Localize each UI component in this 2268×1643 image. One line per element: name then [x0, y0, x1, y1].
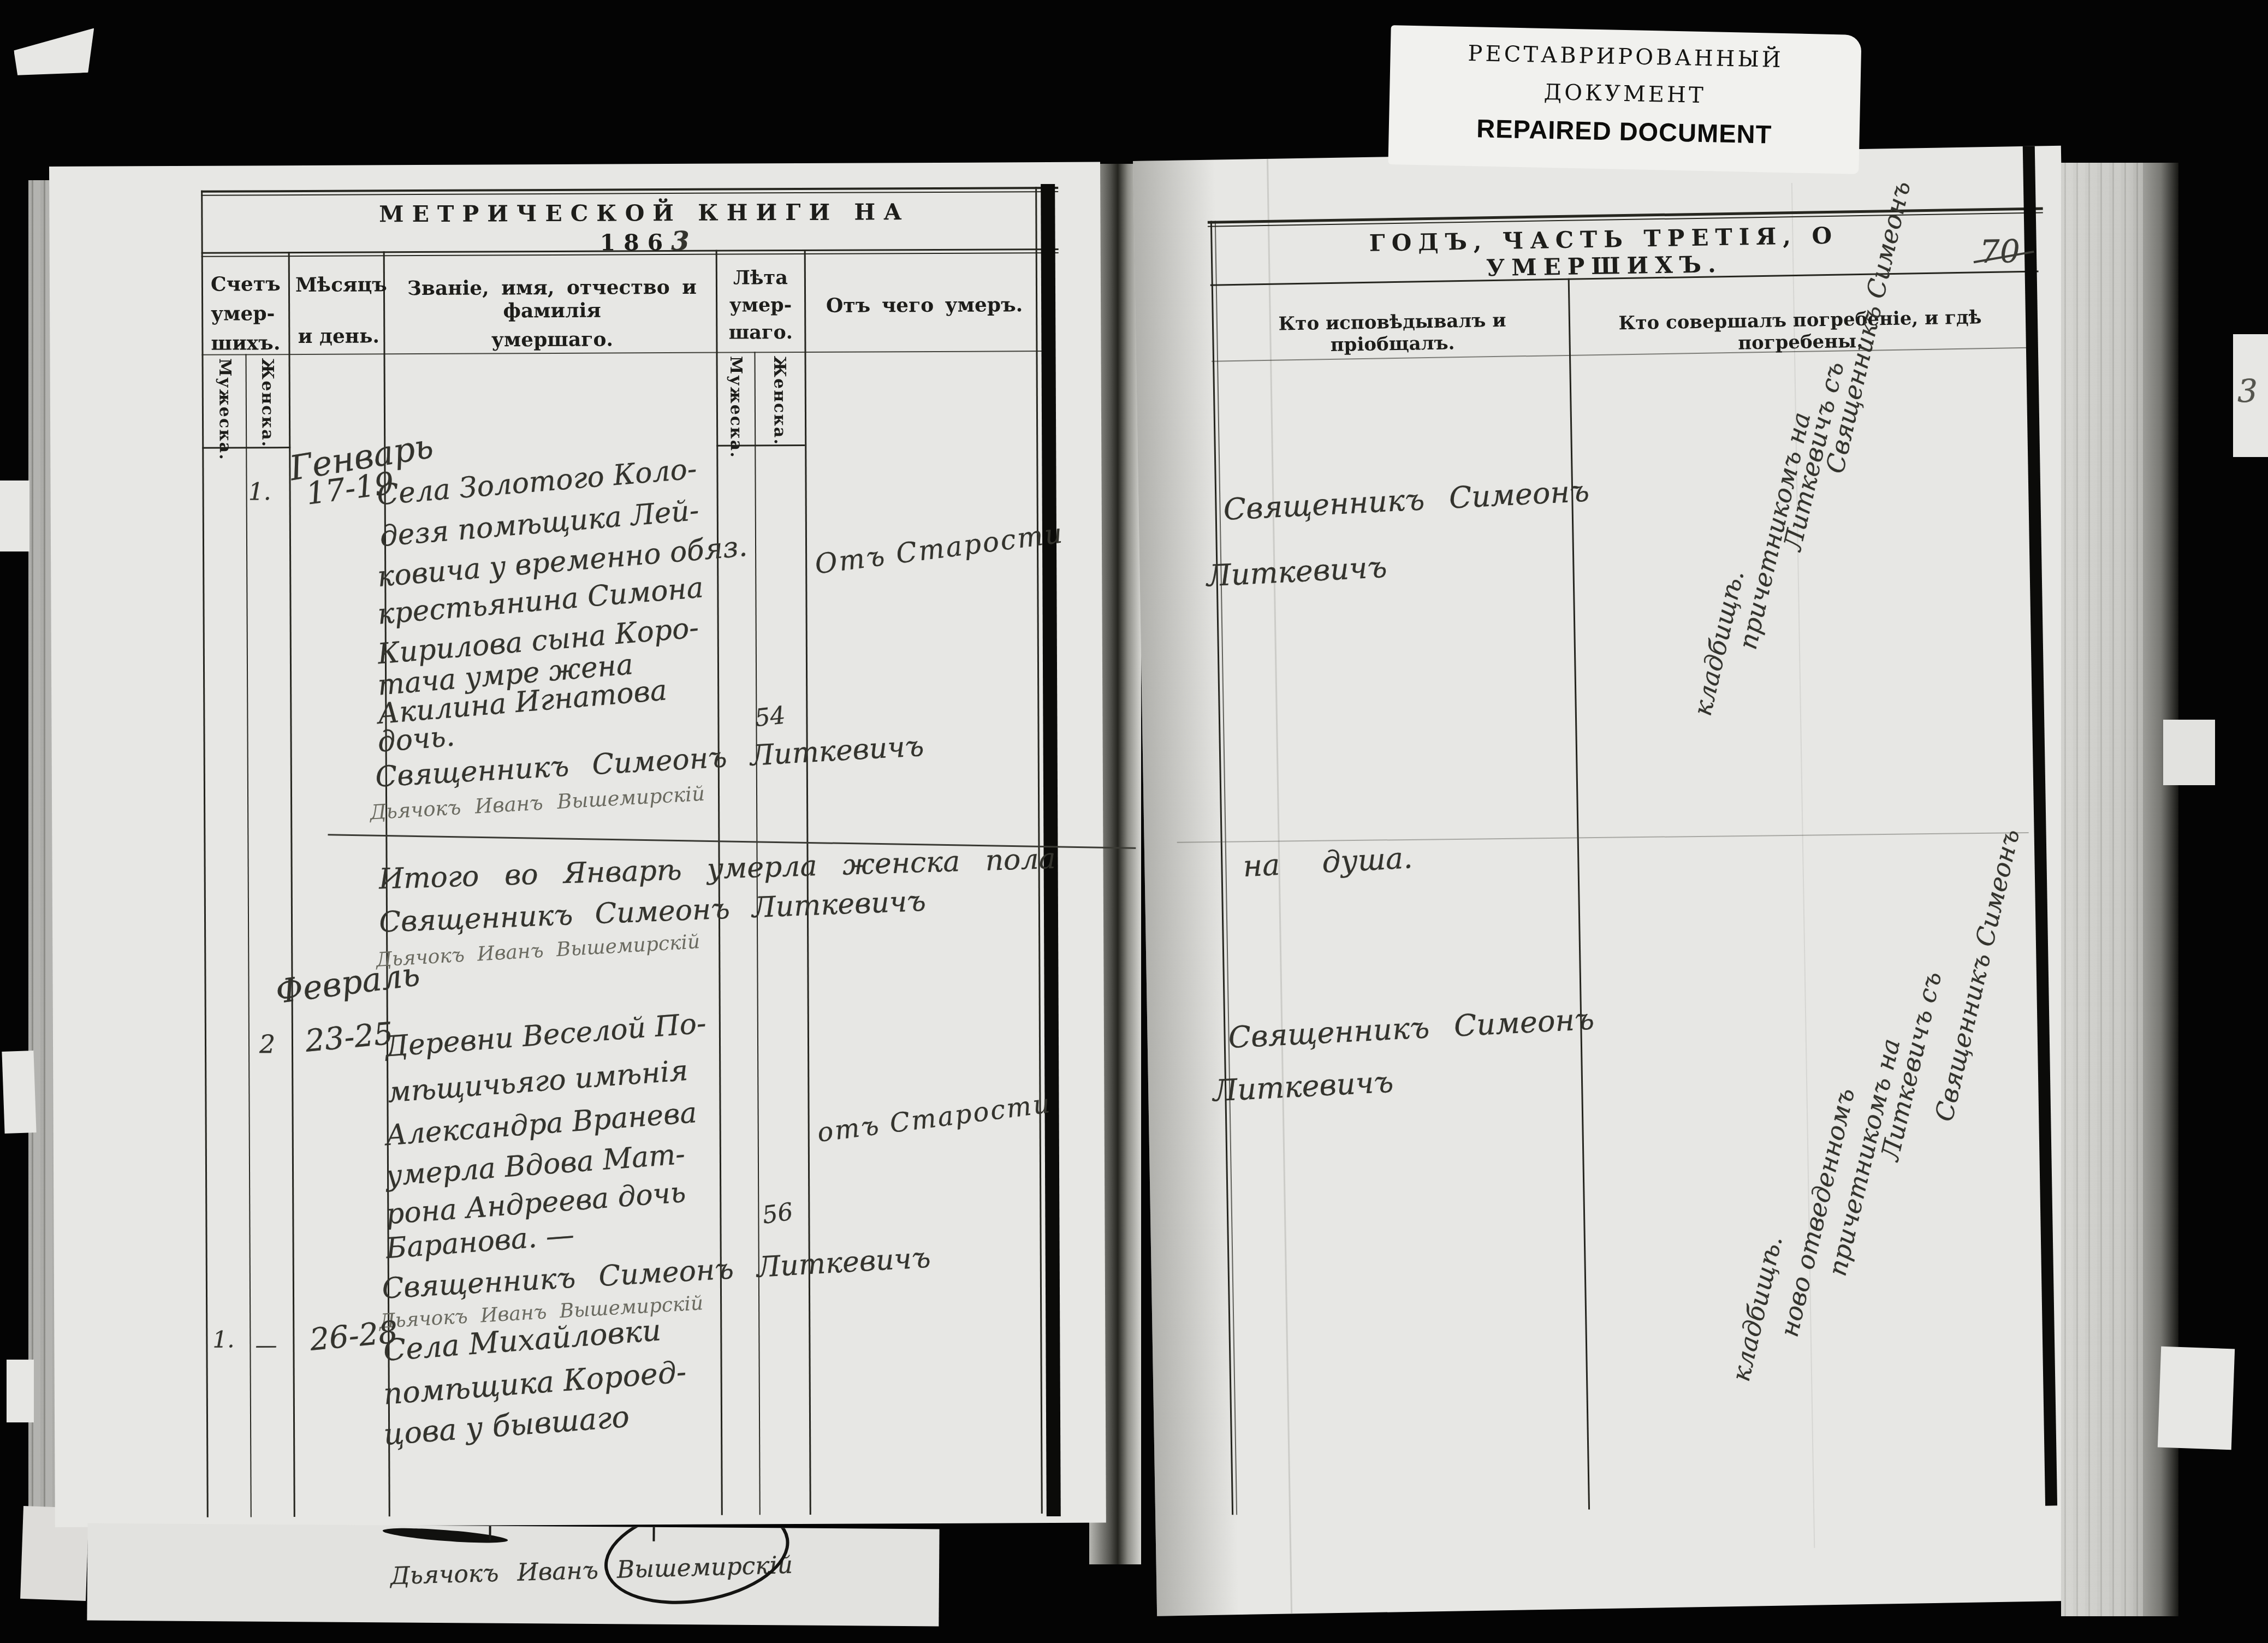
subheader-male-age: Мужеска. — [726, 356, 746, 443]
header-cause: Отъ чего умеръ. — [810, 293, 1039, 317]
header-age-line: шаго. — [719, 319, 802, 347]
subheader-female-count: Женска. — [258, 358, 277, 446]
entry1-confession-line2: Литкевичъ — [1206, 550, 1388, 594]
tick-mark — [489, 1526, 491, 1540]
paper-fragment — [7, 1360, 34, 1422]
scanned-document-background: МЕТРИЧЕСКОЙ КНИГИ НА 1863 Счетъ умер- ши… — [0, 0, 2268, 1643]
subheader-female-age: Женска. — [770, 356, 789, 443]
table-line — [201, 191, 209, 1517]
table-line — [246, 354, 252, 1517]
header-age: Лѣта умер- шаго. — [719, 264, 803, 347]
repair-seam — [1267, 159, 1292, 1614]
header-count-line: Счетъ — [211, 269, 293, 299]
paper-fragment — [2, 1051, 36, 1134]
header-month-line1: Мѣсяцъ — [295, 273, 382, 296]
right-page-title: ГОДЪ, ЧАСТЬ ТРЕТІЯ, О УМЕРШИХЪ. — [1254, 220, 1954, 285]
paper-tab — [2158, 1347, 2235, 1450]
page-number-old-crossed: 70 — [1979, 233, 2020, 270]
left-page: МЕТРИЧЕСКОЙ КНИГИ НА 1863 Счетъ умер- ши… — [49, 162, 1106, 1527]
month-header-february: Февраль — [274, 955, 422, 1011]
entry2-confession-line2: Литкевичъ — [1212, 1065, 1394, 1108]
header-age-line: Лѣта — [719, 264, 802, 292]
left-page-title: МЕТРИЧЕСКОЙ КНИГИ НА 1863 — [344, 199, 945, 258]
entry2-number-female: 2 — [259, 1029, 276, 1059]
header-confession: Кто исповѣдывалъ и пріобщалъ. — [1226, 309, 1559, 358]
table-line — [288, 252, 295, 1517]
header-count-line: шихъ. — [211, 328, 293, 358]
table-line — [754, 352, 760, 1515]
header-age-line: умер- — [719, 292, 802, 319]
subheader-male-count: Мужеска. — [215, 358, 235, 446]
table-rule — [202, 351, 1043, 355]
header-count: Счетъ умер- шихъ. — [204, 269, 293, 358]
edge-sliver: 3 — [2233, 334, 2268, 457]
repaired-document-label: РЕСТАВРИРОВАННЫЙ ДОКУМЕНТ REPAIRED DOCUM… — [1388, 25, 1861, 174]
left-page-title-text: МЕТРИЧЕСКОЙ КНИГИ НА 186 — [379, 199, 910, 256]
summary-line: Итого во Январѣ умерла женска пола — [378, 843, 1056, 896]
entry1-text-line: дочь. — [376, 720, 456, 759]
paper-tab — [2163, 720, 2215, 785]
header-count-line: умер- — [211, 299, 293, 329]
entry2-text-line: Деревни Веселой По- — [384, 1007, 708, 1064]
paper-fragment — [0, 481, 29, 551]
summary-row-rule-continuation — [1177, 832, 2029, 843]
repair-seam — [1791, 183, 1815, 1548]
repaired-label-ru-line2: ДОКУМЕНТ — [1390, 76, 1861, 111]
entry2-confession-line1: Священникъ Симеонъ — [1227, 1002, 1595, 1055]
edge-pencil-note: 3 — [2237, 372, 2258, 410]
right-sheet-stack-lines — [2061, 163, 2143, 1616]
protruding-lower-sheet: Дьячокъ Иванъ Вышемирскій — [87, 1523, 939, 1627]
entry1-priest-signature: Священникъ Симеонъ Литкевичъ — [375, 730, 925, 794]
entry3-dash-female: — — [255, 1333, 277, 1358]
entry3-number-male: 1. — [212, 1326, 234, 1353]
entry1-confession-line1: Священникъ Симеонъ — [1222, 474, 1590, 527]
paper-fragment — [13, 28, 98, 79]
header-burial: Кто совершалъ погребеніе, и гдѣ погребен… — [1579, 306, 2022, 357]
title-year-handwritten: 3 — [671, 226, 690, 257]
page-edge-border — [2023, 146, 2057, 1506]
repaired-label-en: REPAIRED DOCUMENT — [1388, 111, 1860, 151]
entry1-cause: Отъ Старости — [813, 517, 1065, 580]
header-name-line2: умершаго. — [391, 328, 713, 352]
entry1-age-female: 54 — [753, 701, 787, 732]
entry2-burial-diagonal-line: кладбищѣ. — [1726, 1233, 1788, 1384]
summary-tail: на душа. — [1242, 840, 1414, 883]
right-page: ГОДЪ, ЧАСТЬ ТРЕТІЯ, О УМЕРШИХЪ. Кто испо… — [1133, 146, 2085, 1616]
entry1-number-female: 1. — [248, 478, 271, 506]
entry2-cause: отъ Старости — [816, 1088, 1053, 1148]
header-name-line1: Званіе, имя, отчество и фамилія — [391, 276, 713, 323]
header-month-line2: и день. — [295, 324, 382, 348]
entry2-age-female: 56 — [761, 1197, 795, 1230]
entry2-dates: 23-25 — [304, 1016, 395, 1059]
circle-annotation — [597, 1523, 797, 1617]
repaired-label-ru-line1: РЕСТАВРИРОВАННЫЙ — [1390, 39, 1861, 74]
table-line — [1568, 278, 1590, 1510]
